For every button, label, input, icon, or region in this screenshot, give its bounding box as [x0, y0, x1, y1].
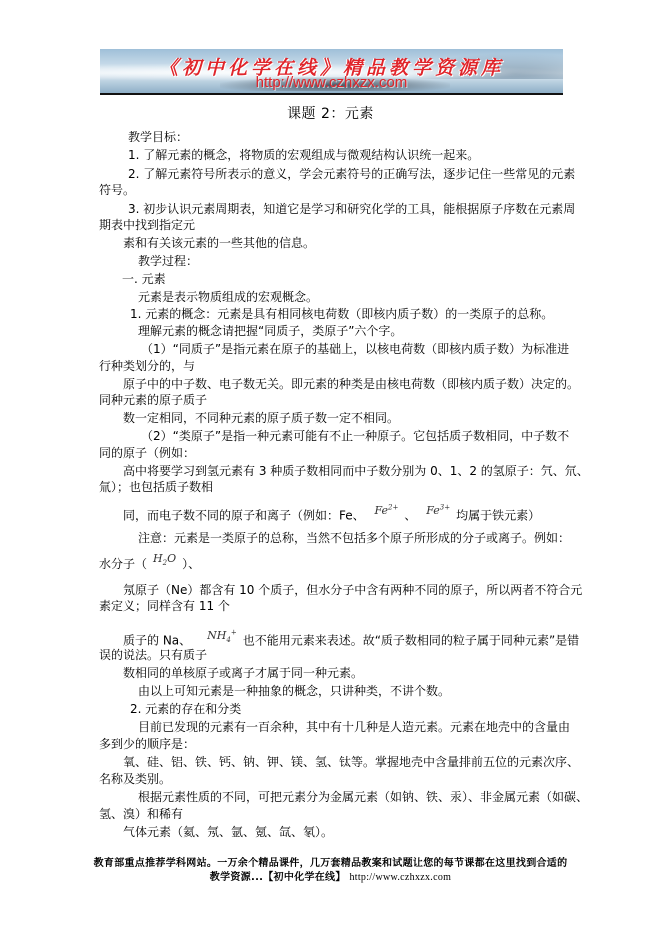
footer-line-2: 教学资源...【初中化学在线】 http://www.czhxzx.com: [0, 868, 661, 883]
formula-base: NH: [207, 629, 226, 642]
body-line: 1. 了解元素的概念，将物质的宏观组成与微观结构认识统一起来。: [128, 148, 479, 162]
body-line: 高中将要学习到氢元素有 3 种质子数相同而中子数分别为 0、1、2 的氢原子：氕…: [123, 464, 589, 478]
body-line: 期表中找到指定元: [99, 218, 195, 232]
body-line: 素定义；同样含有 11 个: [99, 599, 230, 613]
body-line: 2. 了解元素符号所表示的意义，学会元素符号的正确写法，逐步记住一些常见的元素: [128, 167, 575, 181]
body-line: 数一定相同，不同种元素的原子质子数一定不相同。: [123, 411, 399, 425]
body-line: 气体元素（氦、氖、氩、氪、氙、氡）。: [123, 825, 333, 839]
formula-base: Fe: [374, 504, 388, 517]
body-line: 数相同的单核原子或离子才属于同一种元素。: [123, 666, 363, 680]
body-line: 同的原子（例如：: [99, 446, 195, 460]
formula-superscript: 3+: [440, 503, 450, 511]
body-text: ）、: [182, 557, 200, 571]
footer-url-link[interactable]: http://www.czhxzx.com: [349, 872, 451, 883]
body-line: 氢、溴）和稀有: [99, 807, 183, 821]
header-banner: 《初中化学在线》精品教学资源库 http://www.czhxzx.com: [100, 49, 563, 93]
banner-divider: [100, 93, 563, 95]
body-line: 名称及类别。: [99, 772, 171, 786]
footer-line-1: 教育部重点推荐学科网站。一万余个精品课件，几万套精品教案和试题让您的每节课都在这…: [0, 854, 661, 869]
body-line-with-formulas: 同，而电子数不同的原子和离子（例如：Fe、 Fe2+、 Fe3+均属于铁元素）: [123, 506, 540, 524]
body-line: 1. 元素的概念：元素是具有相同核电荷数（即核内质子数）的一类原子的总称。: [130, 307, 553, 321]
separator: 、: [404, 509, 416, 523]
formula-fe2plus: Fe2+: [374, 504, 398, 517]
section-heading-elements: 一. 元素: [122, 272, 166, 286]
banner-url[interactable]: http://www.czhxzx.com: [100, 74, 563, 91]
formula-tail: O: [167, 552, 176, 565]
body-text: 也不能用元素来表述。故“质子数相同的粒子属于同种元素”是错: [243, 634, 579, 648]
body-line: 多到少的顺序是：: [99, 737, 195, 751]
body-line: 符号。: [99, 183, 135, 197]
formula-fe3plus: Fe3+: [426, 504, 450, 517]
formula-superscript: 2+: [388, 503, 398, 511]
body-line: 原子中的中子数、电子数无关。即元素的种类是由核电荷数（即核内质子数）决定的。: [123, 377, 579, 391]
body-line: 氧、硅、铝、铁、钙、钠、钾、镁、氢、钛等。掌握地壳中含量排前五位的元素次序、: [123, 755, 579, 769]
body-line: 由以上可知元素是一种抽象的概念，只讲种类，不讲个数。: [138, 684, 450, 698]
body-line: 氖原子（Ne）都含有 10 个质子，但水分子中含有两种不同的原子，所以两者不符合…: [123, 583, 582, 597]
formula-h2o: H2O: [153, 552, 176, 565]
body-line: （2）“类原子”是指一种元素可能有不止一种原子。它包括质子数相同，中子数不: [141, 429, 569, 443]
section-heading-process: 教学过程：: [138, 254, 198, 268]
body-line: 目前已发现的元素有一百余种，其中有十几种是人造元素。元素在地壳中的含量由: [138, 720, 570, 734]
body-line: 氚）；也包括质子数相: [99, 480, 213, 494]
formula-base: H: [153, 552, 163, 565]
section-heading-objectives: 教学目标：: [128, 130, 188, 144]
formula-base: Fe: [426, 504, 440, 517]
body-line: （1）“同质子”是指元素在原子的基础上，以核电荷数（即核内质子数）为标准进: [141, 342, 569, 356]
formula-subscript: 4: [226, 636, 230, 644]
body-text: 同，而电子数不同的原子和离子（例如：Fe、: [123, 509, 365, 523]
body-line: 理解元素的概念请把握“同质子，类原子”六个字。: [138, 324, 402, 338]
body-line: 行种类划分的，与: [99, 359, 195, 373]
body-line: 注意：元素是一类原子的总称，当然不包括多个原子所形成的分子或离子。例如：: [138, 531, 570, 545]
body-line: 误的说法。只有质子: [99, 648, 207, 662]
body-text: 水分子（: [99, 557, 147, 571]
body-line-with-formula: 水分子（H2O）、: [99, 557, 200, 576]
body-line: 素和有关该元素的一些其他的信息。: [123, 236, 315, 250]
body-line: 同种元素的原子质子: [99, 393, 207, 407]
body-line: 元素是表示物质组成的宏观概念。: [138, 290, 318, 304]
formula-superscript: +: [231, 628, 237, 636]
body-text: 均属于铁元素）: [456, 509, 540, 523]
section-heading-existence: 2. 元素的存在和分类: [130, 702, 241, 716]
body-line: 3. 初步认识元素周期表，知道它是学习和研究化学的工具，能根据原子序数在元素周: [128, 202, 575, 216]
footer-text: 教学资源...【初中化学在线】: [210, 872, 346, 883]
formula-nh4plus: NH4+: [207, 629, 237, 642]
page-title: 课题 2：元素: [0, 103, 661, 123]
body-line: 根据元素性质的不同，可把元素分为金属元素（如钠、铁、汞）、非金属元素（如碳、: [138, 790, 588, 804]
body-text: 质子的 Na、: [123, 634, 191, 648]
